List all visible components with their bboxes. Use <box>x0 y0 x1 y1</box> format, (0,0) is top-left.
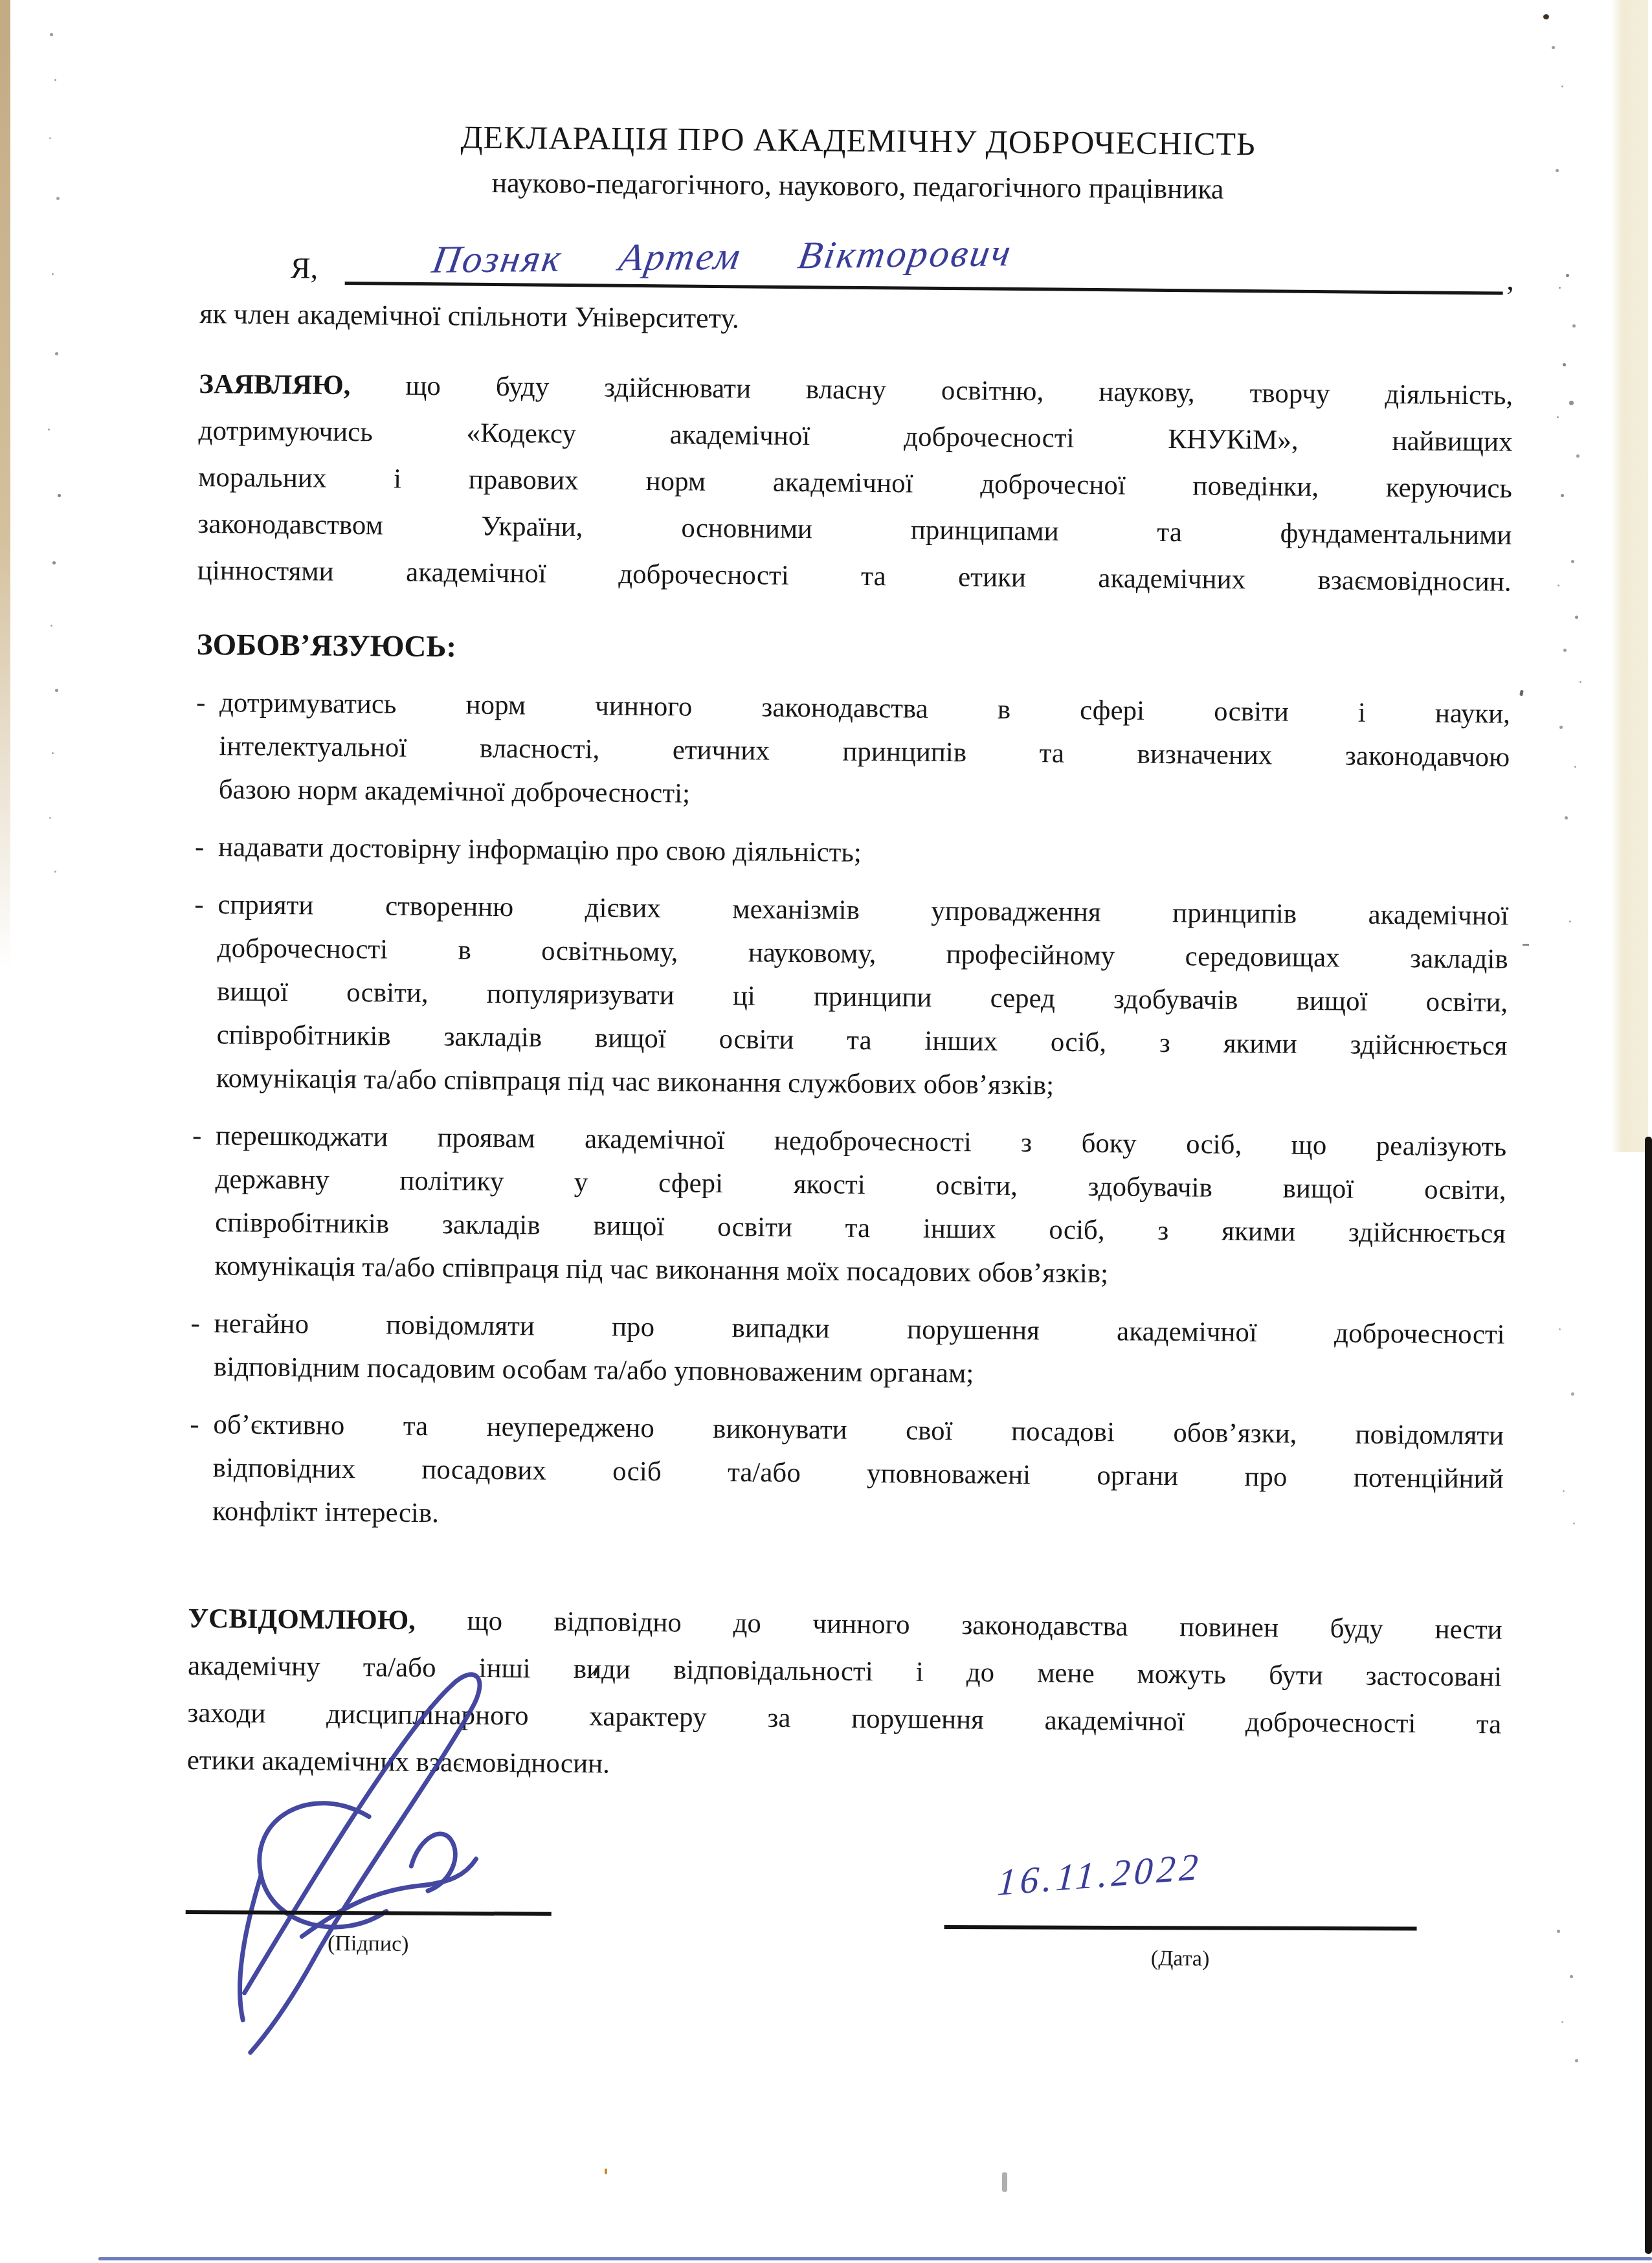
scan-noise <box>1519 690 1524 697</box>
scanned-declaration-document: { "document": { "ink_color": "#3a3d98", … <box>0 0 1652 2263</box>
bullet-dash: - <box>190 1302 200 1345</box>
bullet-dash: - <box>196 681 206 724</box>
obligation-item: - перешкоджати проявам академічної недоб… <box>191 1114 1506 1299</box>
obligation-lines: об’єктивно та неупереджено виконувати св… <box>212 1403 1504 1544</box>
scan-noise <box>1543 14 1549 19</box>
obligations-list: - дотримуватись норм чинного законодавст… <box>189 681 1510 1544</box>
bullet-dash: - <box>195 825 205 869</box>
signature-caption: (Підпис) <box>185 1930 551 1958</box>
scan-noise <box>1002 2172 1007 2192</box>
bullet-dash: - <box>190 1403 199 1446</box>
scan-bottom-blue-line <box>98 2257 1652 2260</box>
document-subtitle: науково-педагогічного, наукового, педаго… <box>201 164 1515 208</box>
obligation-item: - надавати достовірну інформацію про сво… <box>195 825 1510 880</box>
name-entry-row: Я, Позняк Артем Вікторович , <box>200 247 1514 295</box>
date-caption: (Дата) <box>944 1945 1416 1973</box>
date-line <box>944 1925 1417 1931</box>
awareness-lead: УСВІДОМЛЮЮ, <box>188 1603 416 1636</box>
document-title: ДЕКЛАРАЦІЯ ПРО АКАДЕМІЧНУ ДОБРОЧЕСНІСТЬ <box>201 111 1515 164</box>
declaration-lines: дотримуючись «Кодексу академічної доброч… <box>197 408 1512 606</box>
obligation-lines: дотримуватись норм чинного законодавства… <box>219 681 1511 822</box>
scan-noise <box>605 2168 607 2174</box>
scan-noise <box>1523 944 1529 946</box>
scan-edge-right-black <box>1645 1137 1652 2254</box>
trailing-comma: , <box>1506 265 1514 295</box>
signature-block: (Підпис) 16.11.2022 (Дата) <box>184 1863 1501 2146</box>
declaration-first-line: що буду здійснювати власну освітню, наук… <box>405 371 1513 411</box>
obligation-item: - дотримуватись норм чинного законодавст… <box>195 681 1511 823</box>
scan-edge-right-cream <box>1611 0 1648 1152</box>
obligation-item: - сприяти створенню дієвих механізмів уп… <box>193 883 1509 1111</box>
pronoun-label: Я, <box>291 252 318 284</box>
obligation-lines: надавати достовірну інформацію про свою … <box>218 825 1510 880</box>
page: ДЕКЛАРАЦІЯ ПРО АКАДЕМІЧНУ ДОБРОЧЕСНІСТЬ … <box>0 0 1652 2263</box>
declaration-lead: ЗАЯВЛЯЮ, <box>199 369 351 401</box>
bullet-dash: - <box>194 883 204 926</box>
document-content: ДЕКЛАРАЦІЯ ПРО АКАДЕМІЧНУ ДОБРОЧЕСНІСТЬ … <box>184 111 1515 2146</box>
obligation-lines: сприяти створенню дієвих механізмів упро… <box>216 883 1509 1111</box>
handwritten-name: Позняк Артем Вікторович <box>429 230 1016 282</box>
membership-line: як член академічної спільноти Університе… <box>199 298 1513 342</box>
obligation-lines: перешкоджати проявам академічної недобро… <box>214 1114 1506 1299</box>
awareness-first-line: що відповідно до чинного законодавства п… <box>467 1606 1502 1645</box>
text-line: надавати достовірну інформацію про свою … <box>218 825 1510 880</box>
declaration-paragraph: ЗАЯВЛЯЮ, що буду здійснювати власну осві… <box>197 361 1513 606</box>
scan-edge-left <box>0 0 10 971</box>
obligation-lines: негайно повідомляти про випадки порушенн… <box>214 1302 1505 1399</box>
name-field-underline: Позняк Артем Вікторович <box>345 245 1503 295</box>
obligations-heading: ЗОБОВ’ЯЗУЮСЬ: <box>197 628 1511 673</box>
obligation-item: - негайно повідомляти про випадки поруше… <box>190 1302 1505 1400</box>
scan-noise <box>0 0 2 2</box>
bullet-dash: - <box>192 1114 202 1157</box>
handwritten-date: 16.11.2022 <box>996 1844 1203 1904</box>
obligation-item: - об’єктивно та неупереджено виконувати … <box>189 1403 1504 1544</box>
handwritten-signature <box>204 1656 551 2080</box>
